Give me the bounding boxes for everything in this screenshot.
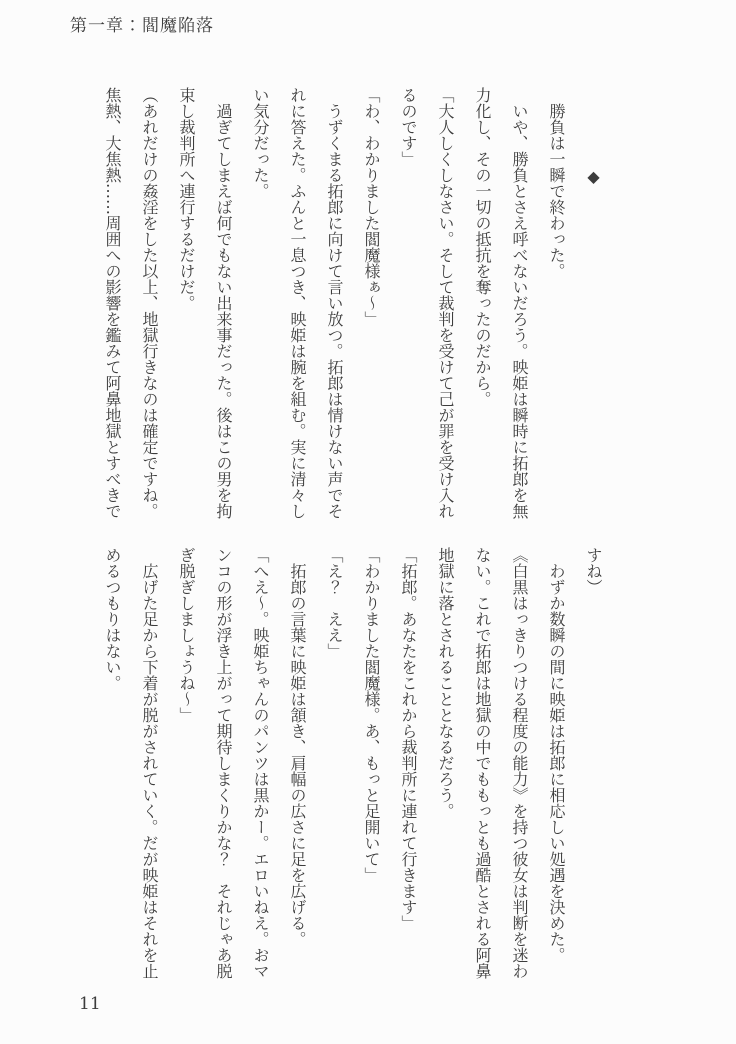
text-band-lower: すね） わずか数瞬の間に映姫は拓郎に相応しい処遇を決めた。《白黒はっきりつける程… <box>94 547 612 981</box>
text-line: ない。これで拓郎は地獄の中でももっとも過酷とされる阿鼻 <box>464 547 501 979</box>
page-number: 11 <box>79 994 101 1014</box>
text-line: うずくまる拓郎に向けて言い放つ。拓郎は情けない声でそ <box>316 87 353 519</box>
text-line: 広げた足から下着が脱がされていく。だが映姫はそれを止 <box>131 547 168 979</box>
text-line: （あれだけの姦淫をした以上、地獄行きなのは確定ですね。 <box>131 87 168 519</box>
text-line: 拓郎の言葉に映姫は頷き、肩幅の広さに足を広げる。 <box>279 547 316 979</box>
text-line: 力化し、その一切の抵抗を奪ったのだから。 <box>464 87 501 519</box>
text-line: 「大人しくしなさい。そして裁判を受けて己が罪を受け入れ <box>427 87 464 519</box>
text-line: 勝負は一瞬で終わった。 <box>538 87 575 519</box>
chapter-header: 第一章：閻魔陥落 <box>70 11 214 36</box>
text-line: ぎ脱ぎしましょうね〜」 <box>168 547 205 979</box>
text-line: 地獄に落とされることとなるだろう。 <box>427 547 464 979</box>
text-line: 《白黒はっきりつける程度の能力》を持つ彼女は判断を迷わ <box>501 547 538 979</box>
text-line: 束し裁判所へ連行するだけだ。 <box>168 87 205 519</box>
text-line: わずか数瞬の間に映姫は拓郎に相応しい処遇を決めた。 <box>538 547 575 979</box>
text-line: 「拓郎。あなたをこれから裁判所に連れて行きます」 <box>390 547 427 979</box>
text-line: めるつもりはない。 <box>94 547 131 979</box>
text-line: ◆ <box>575 87 612 519</box>
text-line: れに答えた。ふんと一息つき、映姫は腕を組む。実に清々し <box>279 87 316 519</box>
text-line: るのです」 <box>390 87 427 519</box>
text-line: すね） <box>575 547 612 979</box>
text-line: 「へえ〜。映姫ちゃんのパンツは黒かー。エロいねえ。おマ <box>242 547 279 979</box>
text-line: 「え？ ええ」 <box>316 547 353 979</box>
text-line: 「わかりました閻魔様。あ、もっと足開いて」 <box>353 547 390 979</box>
text-line: 焦熱、大焦熱……周囲への影響を鑑みて阿鼻地獄とすべきで <box>94 87 131 519</box>
text-band-upper: ◆ 勝負は一瞬で終わった。 いや、勝負とさえ呼べないだろう。映姫は瞬時に拓郎を無… <box>94 87 612 521</box>
text-line: 過ぎてしまえば何でもない出来事だった。後はこの男を拘 <box>205 87 242 519</box>
text-line: ンコの形が浮き上がって期待しまくりかな？ それじゃあ脱 <box>205 547 242 979</box>
book-page: { "page": { "header": "第一章：閻魔陥落", "page_… <box>0 0 736 1044</box>
text-line: 「わ、わかりました閻魔様ぁ〜」 <box>353 87 390 519</box>
text-line: いや、勝負とさえ呼べないだろう。映姫は瞬時に拓郎を無 <box>501 87 538 519</box>
text-line: い気分だった。 <box>242 87 279 519</box>
